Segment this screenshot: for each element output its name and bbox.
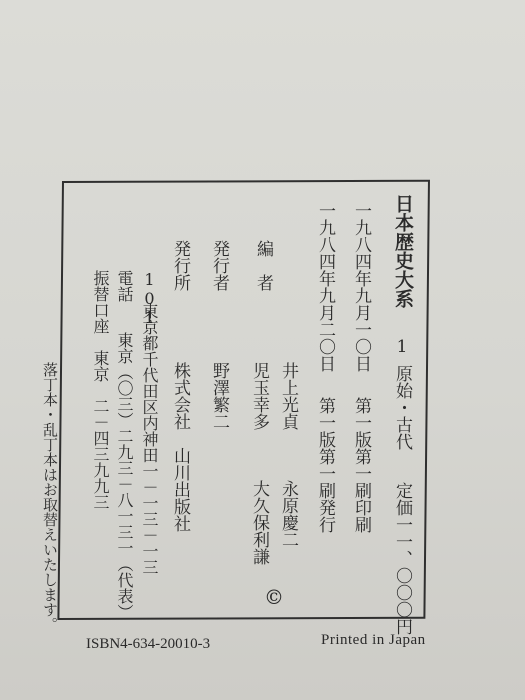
volume-title: 原始・古代 [393, 365, 410, 450]
printed-in-japan: Printed in Japan [321, 632, 426, 649]
transfer-label: 振替口座 [92, 270, 108, 334]
side-note: 落丁本・乱丁本はお取替えいたします。 [42, 362, 57, 632]
phone-number: 東京（〇三）二九三－八一三一（代表） [116, 332, 132, 620]
publisher-company-label: 発行所 [171, 240, 188, 291]
address: 東京都千代田区内神田一－一三－一三 [141, 303, 157, 575]
colophon-border-box [57, 180, 430, 620]
editors-label: 編 者 [254, 240, 271, 291]
print-date: 一九八四年九月一〇日 [352, 202, 369, 372]
copyright-mark: © [264, 585, 284, 609]
book-colophon-page: 日本歴史大系 1 原始・古代 定価一一、〇〇〇円 一九八四年九月一〇日 第一版第… [0, 0, 525, 700]
publish-edition: 第一版第一刷発行 [316, 397, 333, 533]
publisher-company: 株式会社 山川出版社 [171, 362, 188, 532]
editor-name: 大久保利謙 [250, 480, 267, 565]
book-title: 日本歴史大系 [393, 194, 412, 308]
phone-label: 電話 [116, 270, 132, 302]
editor-name: 永原慶二 [279, 480, 296, 548]
transfer-account: 東京 二－四三九九三 [92, 350, 108, 510]
print-edition: 第一版第一刷印刷 [352, 397, 369, 533]
isbn: ISBN4-634-20010-3 [86, 636, 210, 653]
editor-name: 児玉幸多 [250, 362, 267, 430]
publisher-person-label: 発行者 [210, 240, 227, 291]
price: 定価一一、〇〇〇円 [393, 482, 410, 635]
publisher-person: 野澤繁二 [210, 362, 227, 430]
publish-date: 一九八四年九月二〇日 [316, 202, 333, 372]
volume-number: 1 [393, 337, 410, 357]
editor-name: 井上光貞 [279, 362, 296, 430]
